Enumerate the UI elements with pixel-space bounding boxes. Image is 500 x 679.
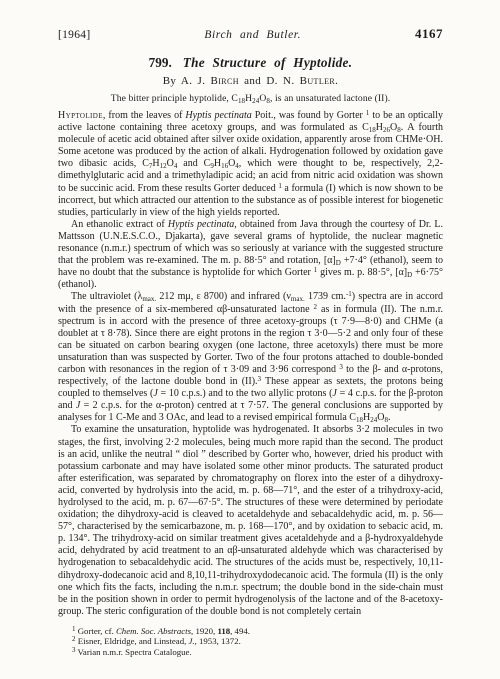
body-paragraph: An ethanolic extract of Hyptis pectinata… (58, 219, 443, 292)
article-body: Hyptolide, from the leaves of Hyptis pec… (58, 110, 443, 618)
article-number: 799. (149, 55, 172, 70)
byline: By A. J. Birch and D. N. Butler. (58, 75, 443, 87)
body-paragraph: To examine the unsaturation, hyptolide w… (58, 424, 443, 618)
journal-page: [1964] Birch and Butler. 4167 799.The St… (0, 0, 500, 679)
header-page-number: 4167 (415, 26, 443, 42)
footnote: 2 Eisner, Eldridge, and Linstead, J., 19… (72, 636, 443, 646)
header-year: [1964] (58, 29, 90, 41)
body-paragraph: The ultraviolet (λmax. 212 mμ, ε 8700) a… (58, 291, 443, 424)
header-running-title: Birch and Butler. (204, 29, 301, 41)
abstract: The bitter principle hyptolide, C18H24O8… (58, 93, 443, 104)
article-title: The Structure of Hyptolide. (183, 55, 353, 70)
body-paragraph: Hyptolide, from the leaves of Hyptis pec… (58, 110, 443, 219)
footnote: 1 Gorter, cf. Chem. Soc. Abstracts, 1920… (72, 626, 443, 636)
running-header: [1964] Birch and Butler. 4167 (58, 26, 443, 42)
footnote: 3 Varian n.m.r. Spectra Catalogue. (72, 647, 443, 657)
article-title-line: 799.The Structure of Hyptolide. (58, 55, 443, 71)
footnotes: 1 Gorter, cf. Chem. Soc. Abstracts, 1920… (58, 626, 443, 657)
